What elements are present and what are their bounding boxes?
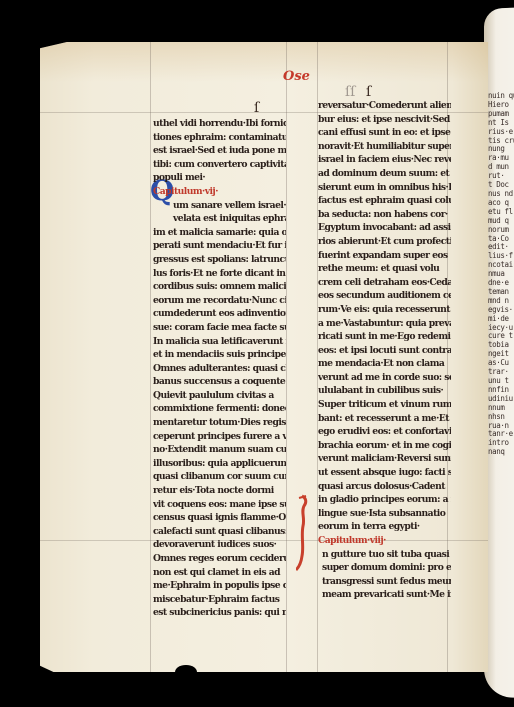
text-line: transgressi sunt fedus meum: et legem	[318, 575, 451, 589]
text-line: super domum domini: pro eo quod	[318, 561, 451, 575]
text-line: tibi: cum convertero captivitatem	[153, 158, 286, 172]
text-line: est israel·Sed et iuda pone messem	[153, 144, 286, 158]
ruling-line-left-margin	[150, 42, 151, 672]
text-line: perati sunt mendaciu·Et fur i	[153, 239, 286, 253]
text-line: vit coquens eos: mane ipse suc	[153, 498, 286, 512]
text-line: illusoribus: quia applicuerunt	[153, 457, 286, 471]
text-line: noravit·Et humiliabitur superbia	[318, 140, 451, 154]
text-line: ululabant in cubilibus suis·	[318, 384, 451, 398]
text-line: populi mei·	[153, 171, 286, 185]
text-line: tiones ephraim: contaminatus	[153, 131, 286, 145]
text-column-b: reversatur·Comederunt alieni robur eius:…	[318, 99, 451, 602]
text-line: quasi clibanum cor suum cum insidia	[153, 470, 286, 484]
text-line: bur eius: et ipse nescivit·Sed et	[318, 113, 451, 127]
text-line: Omnes reges eorum ceciderunt:	[153, 552, 286, 566]
text-line: cani effusi sunt in eo: et ipse ig	[318, 126, 451, 140]
text-line: bant: et recesserunt a me·Et	[318, 412, 451, 426]
running-head: Ose	[283, 69, 310, 84]
text-line: retur eis·Tota nocte dormi	[153, 484, 286, 498]
text-line: sue: coram facie mea facte sunt·	[153, 321, 286, 335]
text-line: rum·Ve eis: quia recesserunt	[318, 303, 451, 317]
text-line: uthel vidi horrendu·Ibi fornica	[153, 117, 286, 131]
text-line: verunt maliciam·Reversi sunt	[318, 452, 451, 466]
text-line: Capitulum·viij·	[318, 534, 451, 548]
text-line: reversatur·Comederunt alieni ro	[318, 99, 451, 113]
text-line: israel in faciem eius·Nec reversi sunt	[318, 153, 451, 167]
text-line: im et malicia samarie: quia o	[153, 226, 286, 240]
text-line: me mendacia·Et non clama	[318, 357, 451, 371]
text-line: velata est iniquitas ephra	[153, 212, 286, 226]
text-line: eorum in terra egypti·	[318, 520, 451, 534]
text-line: calefacti sunt quasi clibanus: et	[153, 525, 286, 539]
text-line: fuerint expandam super eos	[318, 249, 451, 263]
text-line: rethe meum: et quasi volu	[318, 262, 451, 276]
text-line: non est qui clamet in eis ad	[153, 566, 286, 580]
text-line: eos secundum auditionem cetus eo	[318, 289, 451, 303]
leaf-tear-notch	[175, 665, 197, 679]
text-line: um sanare vellem israel·re	[153, 199, 286, 213]
text-line: Egyptum invocabant: ad assi	[318, 221, 451, 235]
text-column-a: uthel vidi horrendu·Ibi fornicationes ep…	[153, 117, 286, 620]
text-line: commixtione fermenti: donec fer	[153, 402, 286, 416]
text-line: ceperunt principes furere a vi	[153, 430, 286, 444]
text-line: cumdederunt eos adinventiones	[153, 307, 286, 321]
text-line: lingue sue·Ista subsannatio	[318, 507, 451, 521]
text-line: census quasi ignis flamme·Omnes	[153, 511, 286, 525]
text-line: crem celi detraham eos·Cedam	[318, 276, 451, 290]
text-line: ut essent absque iugo: facti sunt	[318, 466, 451, 480]
facing-text-line: nanq	[488, 448, 514, 457]
ruling-line-col-a-right	[286, 42, 287, 672]
text-line: Omnes adulterantes: quasi cli	[153, 362, 286, 376]
text-line: n gutture tuo sit tuba quasi aquila	[318, 548, 451, 562]
text-line: cordibus suis: omnem maliciam	[153, 280, 286, 294]
text-line: est subcinericius panis: qui no	[153, 606, 286, 620]
text-line: devoraverunt iudices suos·	[153, 538, 286, 552]
ascender-flourish: ſ	[254, 100, 259, 116]
text-line: banus succensus a coquente·	[153, 375, 286, 389]
text-line: ego erudivi eos: et confortavi	[318, 425, 451, 439]
text-line: ba seducta: non habens cor·	[318, 208, 451, 222]
text-line: brachia eorum· et in me cogita	[318, 439, 451, 453]
text-line: no·Extendit manum suam cum	[153, 443, 286, 457]
text-line: ricati sunt in me·Ego redemi	[318, 330, 451, 344]
facing-page-text: nuin quHieropumamnt Isrius·etis crunungr…	[488, 92, 514, 542]
text-line: me·Ephraim in populis ipse co	[153, 579, 286, 593]
text-line: et in mendaciis suis principes·	[153, 348, 286, 362]
text-line: verunt ad me in corde suo: sed	[318, 371, 451, 385]
text-line: In malicia sua letificaverunt rege:	[153, 335, 286, 349]
text-line: eos: et ipsi locuti sunt contra	[318, 344, 451, 358]
text-line: mentaretur totum·Dies regis nri:	[153, 416, 286, 430]
text-line: quasi arcus dolosus·Cadent	[318, 480, 451, 494]
red-initial-letter-i	[296, 494, 310, 572]
text-line: ad dominum deum suum: et non que	[318, 167, 451, 181]
text-line: gressus est spolians: latrunculi	[153, 253, 286, 267]
text-line: Quievit paululum civitas a	[153, 389, 286, 403]
text-line: meam prevaricati sunt·Me invo	[318, 588, 451, 602]
text-line: lus foris·Et ne forte dicant in	[153, 267, 286, 281]
ascender-flourish: ſſ	[345, 84, 355, 100]
text-line: in gladio principes eorum: a furore	[318, 493, 451, 507]
text-line: factus est ephraim quasi colu	[318, 194, 451, 208]
text-line: miscebatur·Ephraim factus	[153, 593, 286, 607]
text-line: eorum me recordatu·Nunc cir	[153, 294, 286, 308]
text-line: Capitulum·vij·	[153, 185, 286, 199]
text-line: Super triticum et vinum rumina	[318, 398, 451, 412]
text-line: a me·Vastabuntur: quia preva	[318, 317, 451, 331]
ascender-flourish: ſ	[366, 84, 371, 100]
text-line: rios abierunt·Et cum profecti	[318, 235, 451, 249]
text-line: sierunt eum in omnibus his·Et	[318, 181, 451, 195]
